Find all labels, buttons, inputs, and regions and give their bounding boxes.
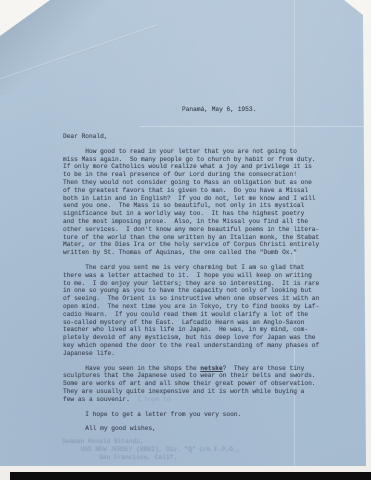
horizontal-fold-line xyxy=(140,126,366,127)
paragraph-mass: How good to read in your letter that you… xyxy=(63,148,353,257)
closing-line: I hope to get a letter from you very soo… xyxy=(63,411,353,419)
folded-corner-shade xyxy=(0,0,130,95)
salutation: Dear Ronald, xyxy=(63,133,353,141)
paragraph-netske-before: Have you seen in the shops the xyxy=(63,365,200,372)
letter-body: Dear Ronald, How good to read in your le… xyxy=(63,133,353,433)
paragraph-card-orient: The card you sent me is very charming bu… xyxy=(63,264,353,358)
netske-underlined-word: netske xyxy=(200,365,222,372)
erased-ghost-text: I hope to xyxy=(130,396,171,403)
letter-paper: Panamá, May 6, 1953. Dear Ronald, How go… xyxy=(0,0,366,466)
signoff: All my good wishes, xyxy=(63,425,353,433)
scan-background: Panamá, May 6, 1953. Dear Ronald, How go… xyxy=(0,0,371,480)
recipient-address-block: Seaman Ronald Bitando, USS NEW JERSEY (B… xyxy=(62,438,240,461)
paragraph-netske: Have you seen in the shops the netske? T… xyxy=(63,365,353,404)
scanner-black-strip xyxy=(10,472,371,480)
letter-date: Panamá, May 6, 1953. xyxy=(182,106,256,114)
